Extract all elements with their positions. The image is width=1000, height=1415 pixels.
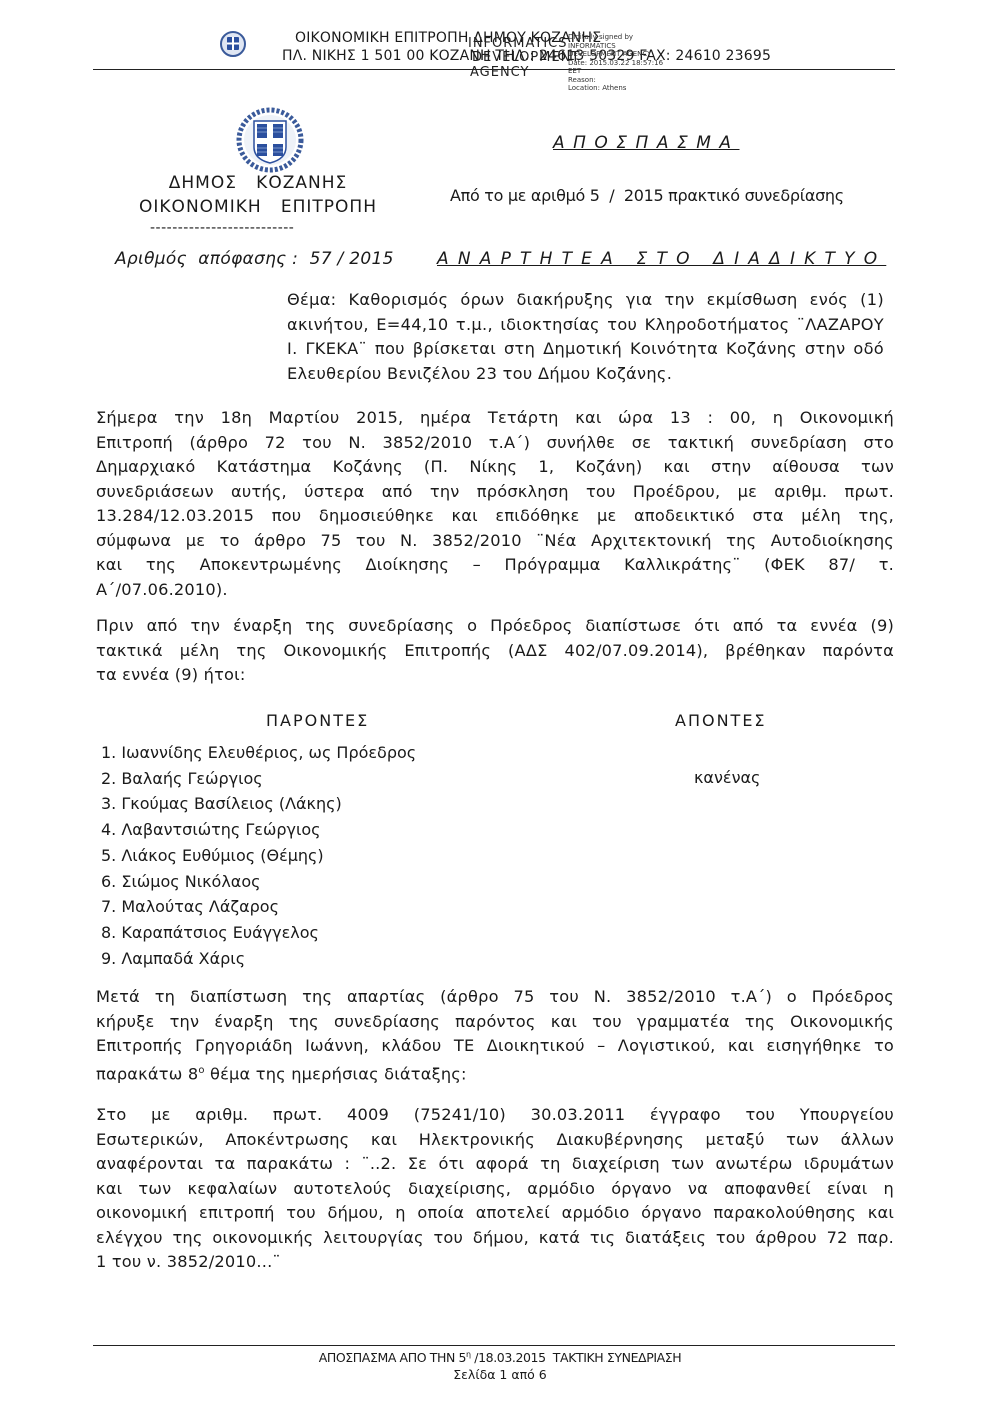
municipality-name: ΔΗΜΟΣ ΚΟΖΑΝΗΣ (118, 173, 398, 193)
member-item: 3. Γκούμας Βασίλειος (Λάκης) (101, 791, 416, 817)
member-item: 6. Σιώμος Νικόλαος (101, 869, 416, 895)
footer-title-suffix: /18.03.2015 ΤΑΚΤΙΚΗ ΣΥΝΕΔΡΙΑΣΗ (471, 1350, 682, 1365)
paragraph-line: Στο με αριθμ. πρωτ. 4009 (75241/10) 30.0… (96, 1103, 894, 1128)
member-item: 7. Μαλούτας Λάζαρος (101, 894, 416, 920)
paragraph-opening: Μετά τη διαπίστωση της απαρτίας (άρθρο 7… (96, 985, 894, 1086)
member-item: 4. Λαβαντσιώτης Γεώργιος (101, 817, 416, 843)
paragraph-line: 1 του ν. 3852/2010...¨ (96, 1250, 894, 1275)
minutes-reference: Από το με αριθμό 5 / 2015 πρακτικό συνεδ… (450, 186, 844, 205)
paragraph-line: Α΄/07.06.2010). (96, 578, 894, 603)
paragraph-line: ελέγχου της οικονομικής λειτουργίας του … (96, 1226, 894, 1251)
paragraph-line: οικονομική επιτροπή του δήμου, η οποία α… (96, 1201, 894, 1226)
paragraph-line: Σήμερα την 18η Μαρτίου 2015, ημέρα Τετάρ… (96, 406, 894, 431)
paragraph-line: κήρυξε την έναρξη της συνεδρίασης παρόντ… (96, 1010, 894, 1035)
greek-coat-of-arms-icon (236, 107, 304, 173)
committee-name: ΟΙΚΟΝΟΜΙΚΗ ΕΠΙΤΡΟΠΗ (118, 197, 398, 217)
paragraph-line: τακτικά μέλη της Οικονομικής Επιτροπής (… (96, 639, 894, 664)
footer-title: ΑΠΟΣΠΑΣΜΑ ΑΠΟ ΤΗΝ 5η /18.03.2015 ΤΑΚΤΙΚΗ… (0, 1350, 1000, 1365)
present-members-list: 1. Ιωαννίδης Ελευθέριος, ως Πρόεδρος 2. … (101, 740, 416, 971)
member-item: 2. Βαλαής Γεώργιος (101, 766, 416, 792)
member-item: 5. Λιάκος Ευθύμιος (Θέμης) (101, 843, 416, 869)
paragraph-line: παρακάτω 8ο θέμα της ημερήσιας διάταξης: (96, 1059, 894, 1087)
paragraph-line: και της Αποκεντρωμένης Διοίκησης – Πρόγρ… (96, 553, 894, 578)
member-item: 1. Ιωαννίδης Ελευθέριος, ως Πρόεδρος (101, 740, 416, 766)
decision-number: Αριθμός απόφασης : 57 / 2015 (115, 249, 394, 269)
subject: Θέμα: Καθορισμός όρων διακήρυξης για την… (287, 288, 884, 386)
page-number: Σελίδα 1 από 6 (0, 1367, 1000, 1382)
paragraph-meeting-info: Σήμερα την 18η Μαρτίου 2015, ημέρα Τετάρ… (96, 406, 894, 602)
subject-text: Θέμα: Καθορισμός όρων διακήρυξης για την… (287, 288, 884, 386)
signature-signer-line3: AGENCY (470, 65, 529, 80)
member-item: 8. Καραπάτσιος Ευάγγελος (101, 920, 416, 946)
member-item: 9. Λαμπαδά Χάρις (101, 946, 416, 972)
paragraph-line: Επιτροπή (άρθρο 72 του Ν. 3852/2010 τ.Α΄… (96, 431, 894, 456)
paragraph-line: 13.284/12.03.2015 που δημοσιεύθηκε και ε… (96, 504, 894, 529)
signature-signer-line2: DEVELOPMENT (472, 50, 580, 65)
greek-emblem-small-icon (220, 31, 246, 57)
paragraph-line: αναφέρονται τα παρακάτω : ¨..2. Σε ότι α… (96, 1152, 894, 1177)
paragraph-line: συνεδριάσεων αυτής, ύστερα από την πρόσκ… (96, 480, 894, 505)
paragraph-line: Πριν από την έναρξη της συνεδρίασης ο Πρ… (96, 614, 894, 639)
paragraph-line: Μετά τη διαπίστωση της απαρτίας (άρθρο 7… (96, 985, 894, 1010)
paragraph-line: Εσωτερικών, Αποκέντρωσης και Ηλεκτρονική… (96, 1128, 894, 1153)
absent-members: κανένας (694, 768, 760, 787)
footer-title-prefix: ΑΠΟΣΠΑΣΜΑ ΑΠΟ ΤΗΝ 5 (319, 1350, 466, 1365)
present-heading: ΠΑΡΟΝΤΕΣ (266, 711, 369, 730)
paragraph-line: σύμφωνα με το άρθρο 75 του Ν. 3852/2010 … (96, 529, 894, 554)
org-separator: -------------------------- (150, 220, 375, 236)
absent-heading: ΑΠΟΝΤΕΣ (675, 711, 767, 730)
footer-divider (93, 1345, 895, 1346)
paragraph-line: και των κεφαλαίων αυτοτελούς διαχείρισης… (96, 1177, 894, 1202)
paragraph-line: τα εννέα (9) ήτοι: (96, 663, 894, 688)
paragraph-line: Δημαρχιακό Κατάστημα Κοζάνης (Π. Νίκης 1… (96, 455, 894, 480)
signature-signer-line1: INFORMATICS (468, 36, 568, 51)
publish-notice: ΑΝΑΡΤΗΤΕΑ ΣΤΟ ΔΙΑΔΙΚΤΥΟ (437, 249, 886, 269)
paragraph-line: Επιτροπής Γρηγοριάδη Ιωάννη, κλάδου ΤΕ Δ… (96, 1034, 894, 1059)
paragraph-quorum: Πριν από την έναρξη της συνεδρίασης ο Πρ… (96, 614, 894, 688)
document-title: ΑΠΟΣΠΑΣΜΑ (553, 133, 740, 153)
digital-signature-details: Digitally signed by INFORMATICS DEVELOPM… (568, 33, 663, 93)
paragraph-ministry-document: Στο με αριθμ. πρωτ. 4009 (75241/10) 30.0… (96, 1103, 894, 1275)
